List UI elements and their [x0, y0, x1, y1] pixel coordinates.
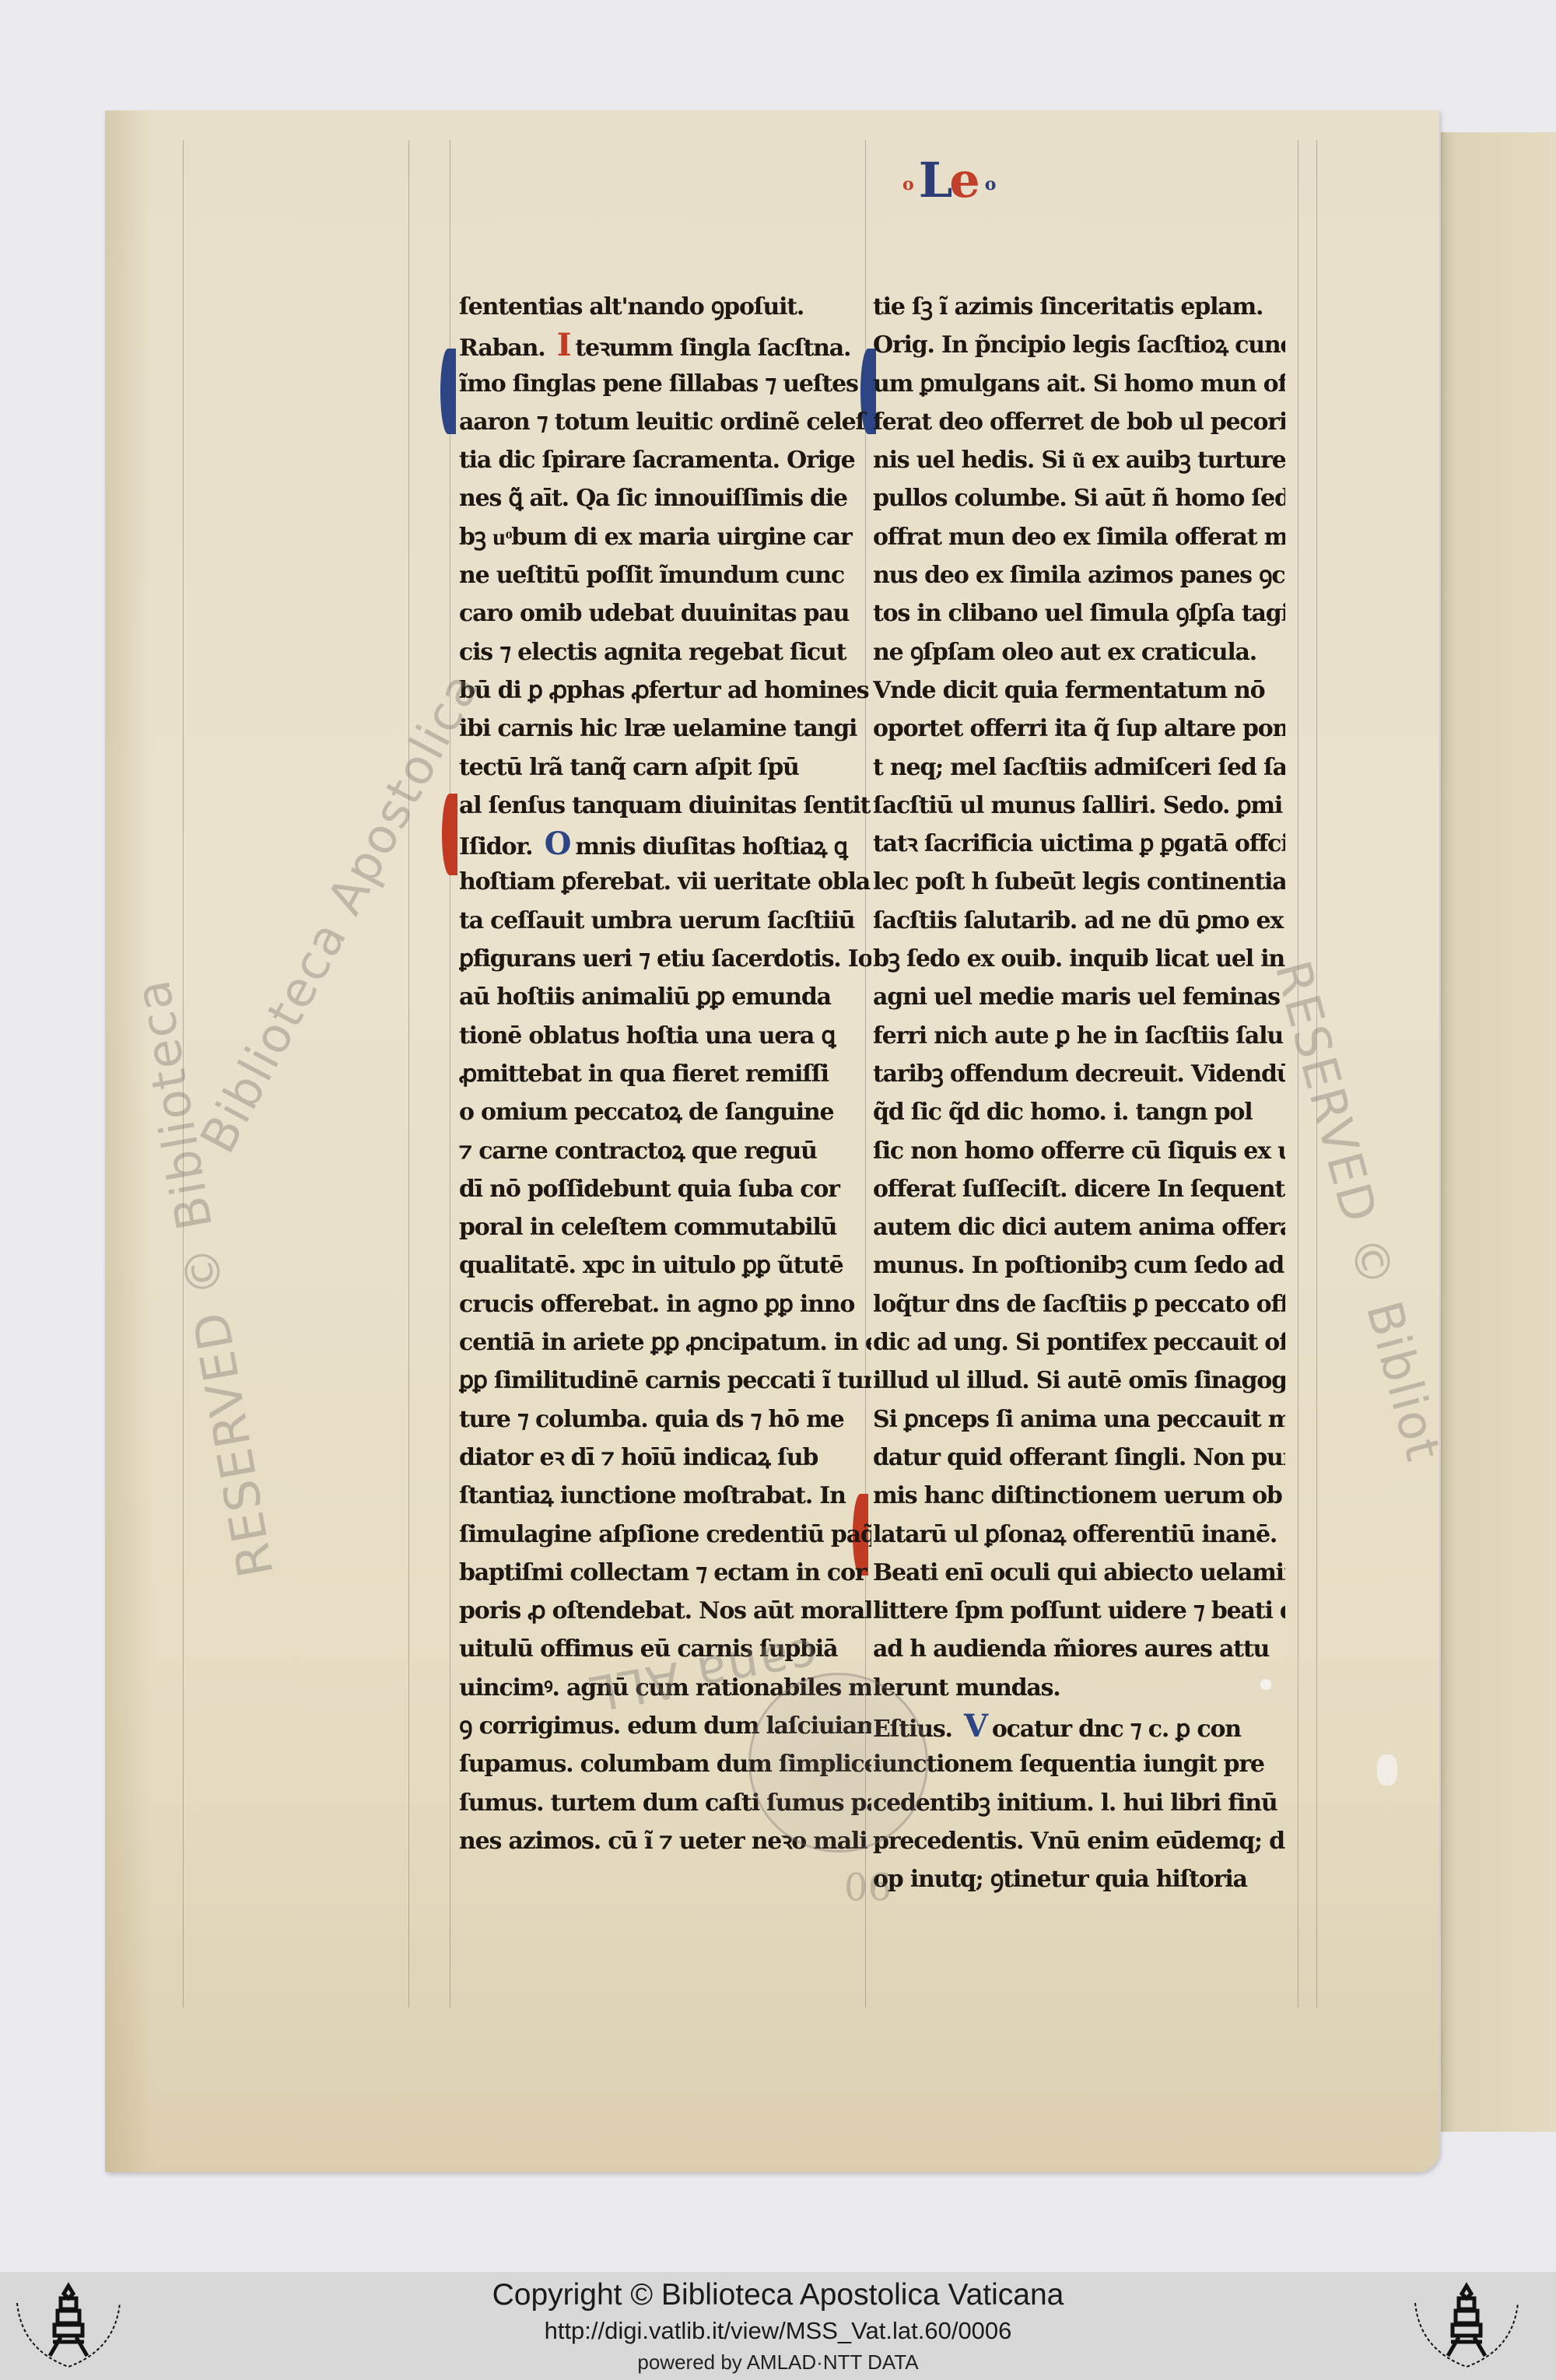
manuscript-line: ſacſtiis ſalutarib. ad ne dū ꝑmo ex bo: [873, 903, 1285, 941]
decorated-initial: O: [545, 826, 571, 862]
header-letter-blue: L: [919, 152, 950, 209]
manuscript-line: bꝫ uͦbum di ex maria uirgine car: [459, 520, 871, 558]
manuscript-line: mis hanc diſtinctionem uerum ob: [873, 1478, 1285, 1516]
manuscript-line: q̃d ſic q̃d dic homo. i. tangn pol: [873, 1095, 1285, 1133]
manuscript-line: ne ꝯſpſam oleo aut ex craticula.: [873, 635, 1285, 673]
manuscript-line: t neq; mel ſacſtiis admiſceri ſed ſale ꝯ: [873, 750, 1285, 788]
line-text: cis ⁊ electis agnita regebat ſicut: [459, 639, 846, 666]
line-text: dic ad ung. Si pontifex peccauit offrat: [873, 1329, 1285, 1356]
manuscript-line: Eſtius. Vocatur dnc ⁊ c. ꝑ con: [873, 1709, 1285, 1747]
line-text: o omium peccatoꝝ de ſanguine: [459, 1099, 833, 1126]
line-text: agni uel medie maris uel feminas of: [873, 983, 1285, 1011]
manuscript-line: offrat mun deo ex ſimila offerat mu: [873, 520, 1285, 558]
line-text: mis hanc diſtinctionem uerum ob: [873, 1482, 1282, 1509]
manuscript-line: op inutq; ꝯtinetur quia hiſtoria: [873, 1862, 1285, 1900]
line-text: t neq; mel ſacſtiis admiſceri ſed ſale ꝯ: [873, 754, 1285, 781]
line-text: diator eꝛ dī ⁊ hoīū indicaꝝ ſub: [459, 1444, 818, 1471]
manuscript-line: poral in celeſtem commutabilū: [459, 1210, 871, 1248]
blue-paraph-icon: [440, 349, 456, 434]
manuscript-line: pullos columbe. Si aūt ñ homo ſed aīa: [873, 481, 1285, 519]
manuscript-line: Raban. Iteꝛumm ſingla ſacſtna.: [459, 328, 871, 366]
manuscript-line: crucis offerebat. in agno ꝑꝑ inno: [459, 1287, 871, 1325]
line-text: tie ſꝫ ĩ azimis ſinceritatis eplam.: [873, 293, 1263, 321]
line-text: bū di ꝑ ꝓphas ꝓfertur ad homines: [459, 677, 869, 704]
manuscript-line: ſic non homo offerre cū ſiquis ex uob: [873, 1134, 1285, 1172]
red-paraph-icon: [442, 794, 457, 875]
manuscript-line: ferat deo offerret de bob ul pecorib. i.…: [873, 405, 1285, 443]
line-text: ſtantiaꝝ iunctione moſtrabat. In: [459, 1482, 846, 1509]
manuscript-line: latarū ul ꝑſonaꝝ offerentiū inanē.: [873, 1517, 1285, 1555]
manuscript-line: tionē oblatus hoſtia una uera ꝗ: [459, 1018, 871, 1057]
manuscript-line: baptiſmi collectam ⁊ ectam in cor: [459, 1555, 871, 1593]
line-text: ĩmo ſinglas pene ſillabas ⁊ ueſtes: [459, 370, 858, 398]
line-text: loq̃tur dns de ſacſtiis ꝑ peccato offerr…: [873, 1291, 1285, 1318]
line-text: offerat ſuſſeciſt. dicere In ſequentibꝫ: [873, 1176, 1285, 1203]
line-text: nis uel hedis. Si u͂ ex auibꝫ turtures u…: [873, 447, 1285, 474]
line-text: Beati enī oculi qui abiecto uelamine: [873, 1559, 1285, 1586]
manuscript-line: ꝑꝑ ſimilitudinē carnis peccati ĩ tur: [459, 1363, 871, 1401]
line-text: ⁊ carne contractoꝝ que reguū: [459, 1137, 817, 1165]
manuscript-line: nus deo ex ſimila azimos panes ꝯc: [873, 558, 1285, 596]
manuscript-line: al ſenſus tanquam diuinitas ſentit.: [459, 788, 871, 826]
manuscript-line: ad h audienda m̃iores aures attu: [873, 1632, 1285, 1670]
line-text: Vnde dicit quia fermentatum nō: [873, 677, 1264, 704]
blue-dot-icon: o: [985, 174, 994, 195]
source-url[interactable]: http://digi.vatlib.it/view/MSS_Vat.lat.6…: [0, 2317, 1556, 2345]
manuscript-line: o omium peccatoꝝ de ſanguine: [459, 1095, 871, 1133]
line-text: centiā in ariete ꝑꝑ ꝓncipatum. in edo: [459, 1329, 871, 1356]
copyright-title: Copyright © Biblioteca Apostolica Vatica…: [0, 2278, 1556, 2312]
line-text: bꝫ ſedo ex ouib. inquib licat uel in: [873, 945, 1284, 973]
line-text: ꝑfigurans ueri ⁊ etiu ſacerdotis. Io: [459, 945, 871, 973]
manuscript-line: Orig. In p̃ncipio legis ſacſtioꝝ cuncti: [873, 328, 1285, 366]
manuscript-line: ꝓmittebat in qua fieret remiſſi: [459, 1057, 871, 1095]
line-text: Si ꝑnceps ſi anima una peccauit man: [873, 1406, 1285, 1433]
adjacent-leaf: [1441, 132, 1556, 2132]
manuscript-line: illud ul illud. Si autē omīs ſinagoga.: [873, 1363, 1285, 1401]
line-text: ne ueſtitū poſſit ĩmundum cunc: [459, 562, 844, 589]
manuscript-line: Beati enī oculi qui abiecto uelamine: [873, 1555, 1285, 1593]
manuscript-line: ta ceſſauit umbra uerum ſacſtiiū: [459, 903, 871, 941]
manuscript-line: munus. In poſtionibꝫ cum ſedo ad moyſe: [873, 1248, 1285, 1286]
manuscript-line: aū hoſtiis animaliū ꝑꝑ emunda: [459, 980, 871, 1018]
line-text: oportet offerri ita q̃ ſup altare pona: [873, 715, 1285, 742]
manuscript-line: ſententias alt'nando ꝯpoſuit.: [459, 289, 871, 328]
manuscript-line: ĩmo ſinglas pene ſillabas ⁊ ueſtes: [459, 366, 871, 405]
line-text: poral in celeſtem commutabilū: [459, 1214, 836, 1241]
manuscript-line: oportet offerri ita q̃ ſup altare pona: [873, 711, 1285, 749]
manuscript-line: tie ſꝫ ĩ azimis ſinceritatis eplam.: [873, 289, 1285, 328]
manuscript-line: ibi carnis hic lræ uelamine tangi: [459, 711, 871, 749]
manuscript-line: nis uel hedis. Si u͂ ex auibꝫ turtures u…: [873, 443, 1285, 481]
line-text: tos in clibano uel ſimula ꝯſꝑſa tagi: [873, 600, 1285, 627]
line-text: ſententias alt'nando ꝯpoſuit.: [459, 293, 804, 321]
manuscript-line: qualitatē. xpc in uitulo ꝑꝑ ũtutē: [459, 1248, 871, 1286]
manuscript-line: offerat ſuſſeciſt. dicere In ſequentibꝫ: [873, 1172, 1285, 1210]
line-text: illud ul illud. Si autē omīs ſinagoga.: [873, 1367, 1285, 1394]
manuscript-line: Iſidor. Omnis diuſitas hoſtiaꝝ ꝗ: [459, 826, 871, 864]
manuscript-line: hoſtiam ꝑferebat. vii ueritate obla: [459, 864, 871, 903]
line-text: ad h audienda m̃iores aures attu: [873, 1635, 1269, 1663]
line-text: caro omib udebat duuinitas pau: [459, 600, 849, 627]
line-text: taribꝫ offendum decreuit. Videndū do: [873, 1060, 1285, 1088]
copyright-footer: Copyright © Biblioteca Apostolica Vatica…: [0, 2272, 1556, 2380]
manuscript-line: bꝫ ſedo ex ouib. inquib licat uel in: [873, 941, 1285, 980]
line-text: offrat mun deo ex ſimila offerat mu: [873, 524, 1285, 551]
red-dot-icon: o: [902, 174, 911, 195]
rubric-name: Raban.: [459, 335, 552, 362]
line-text: dī nō poſſidebunt quia ſuba cor: [459, 1176, 839, 1203]
powered-by: powered by AMLAD·NTT DATA: [0, 2350, 1556, 2375]
folio-header: oLeo: [902, 152, 993, 209]
line-text: datur quid offerant ſingli. Non pure: [873, 1444, 1285, 1471]
line-text: tia dic ſpirare ſacramenta. Orige: [459, 447, 855, 474]
line-text: ture ⁊ columba. quia ds ⁊ hō me: [459, 1406, 844, 1433]
line-text: teꝛumm ſingla ſacſtna.: [575, 335, 850, 362]
manuscript-line: ferri nich aute ꝑ he in ſacſtiis ſalu: [873, 1018, 1285, 1057]
line-text: aaron ⁊ totum leuitic ordinẽ celeſ: [459, 408, 864, 436]
line-text: ꝓmittebat in qua fieret remiſſi: [459, 1060, 829, 1088]
manuscript-line: diator eꝛ dī ⁊ hoīū indicaꝝ ſub: [459, 1440, 871, 1478]
line-text: ferat deo offerret de bob ul pecorib. i.…: [873, 408, 1285, 436]
line-text: op inutq; ꝯtinetur quia hiſtoria: [873, 1866, 1247, 1893]
line-text: cedentibꝫ initium. l. hui libri finū: [873, 1789, 1277, 1817]
line-text: ſacſtiū ul munus ſalliri. Sedo. ꝑmi: [873, 792, 1282, 819]
manuscript-line: taribꝫ offendum decreuit. Videndū do: [873, 1057, 1285, 1095]
line-text: ꝑꝑ ſimilitudinē carnis peccati ĩ tur: [459, 1367, 871, 1394]
line-text: nus deo ex ſimila azimos panes ꝯc: [873, 562, 1285, 589]
manuscript-line: ⁊ carne contractoꝝ que reguū: [459, 1134, 871, 1172]
line-text: ibi carnis hic lræ uelamine tangi: [459, 715, 857, 742]
text-column-right: tie ſꝫ ĩ azimis ſinceritatis eplam.Orig.…: [873, 289, 1285, 1900]
manuscript-line: datur quid offerant ſingli. Non pure: [873, 1440, 1285, 1478]
line-text: littere ſpm poſſunt uidere ⁊ beati qui: [873, 1597, 1285, 1625]
line-text: mnis diuſitas hoſtiaꝝ ꝗ: [575, 833, 846, 861]
manuscript-line: precedentis. Vnū enim eūdemq; diei: [873, 1824, 1285, 1862]
line-text: lerunt mundas.: [873, 1674, 1060, 1702]
library-stamp: [748, 1673, 928, 1852]
line-text: baptiſmi collectam ⁊ ectam in cor: [459, 1559, 866, 1586]
line-text: qualitatē. xpc in uitulo ꝑꝑ ũtutē: [459, 1252, 843, 1279]
rubric-name: Iſidor.: [459, 833, 540, 861]
manuscript-line: lerunt mundas.: [873, 1670, 1285, 1709]
manuscript-line: Vnde dicit quia fermentatum nō: [873, 673, 1285, 711]
manuscript-line: ꝑfigurans ueri ⁊ etiu ſacerdotis. Io: [459, 941, 871, 980]
manuscript-line: littere ſpm poſſunt uidere ⁊ beati qui: [873, 1593, 1285, 1632]
faint-numeral: 90: [844, 1863, 892, 1907]
rubric-name: Orig.: [873, 331, 941, 359]
manuscript-line: iunctionem ſequentia iungit pre: [873, 1747, 1285, 1785]
line-text: poris ꝓ oſtendebat. Nos aūt moralit: [459, 1597, 871, 1625]
line-text: tectū lrã tanq̃ carn aſpit ſpū: [459, 754, 799, 781]
ruling-line: [408, 140, 409, 2007]
manuscript-line: ſacſtiū ul munus ſalliri. Sedo. ꝑmi: [873, 788, 1285, 826]
line-text: ſacſtiis ſalutarib. ad ne dū ꝑmo ex bo: [873, 907, 1285, 934]
line-text: iunctionem ſequentia iungit pre: [873, 1751, 1264, 1778]
line-text: munus. In poſtionibꝫ cum ſedo ad moyſe: [873, 1252, 1285, 1279]
manuscript-line: ſtantiaꝝ iunctione moſtrabat. In: [459, 1478, 871, 1516]
parchment-hole: [1260, 1679, 1271, 1690]
line-text: al ſenſus tanquam diuinitas ſentit.: [459, 792, 871, 819]
manuscript-line: dī nō poſſidebunt quia ſuba cor: [459, 1172, 871, 1210]
manuscript-line: ne ueſtitū poſſit ĩmundum cunc: [459, 558, 871, 596]
manuscript-line: bū di ꝑ ꝓphas ꝓfertur ad homines: [459, 673, 871, 711]
manuscript-line: ſimulagine aſpſione credentiū paq̃: [459, 1517, 871, 1555]
header-letter-red: e: [949, 152, 976, 209]
line-text: In p̃ncipio legis ſacſtioꝝ cuncti: [941, 331, 1285, 359]
manuscript-line: lec poſt h ſubeūt legis continentia de: [873, 864, 1285, 903]
line-text: lec poſt h ſubeūt legis continentia de: [873, 868, 1285, 896]
manuscript-line: loq̃tur dns de ſacſtiis ꝑ peccato offerr…: [873, 1287, 1285, 1325]
manuscript-line: centiā in ariete ꝑꝑ ꝓncipatum. in edo: [459, 1325, 871, 1363]
line-text: ocatur dnc ⁊ c. ꝑ con: [992, 1716, 1241, 1743]
manuscript-line: ture ⁊ columba. quia ds ⁊ hō me: [459, 1402, 871, 1440]
line-text: ſimulagine aſpſione credentiū paq̃: [459, 1521, 871, 1548]
line-text: autem dic dici autem anima offerat: [873, 1214, 1285, 1241]
decorated-initial: I: [557, 328, 571, 363]
decorated-initial: V: [964, 1709, 987, 1744]
manuscript-line: tatꝛ ſacrificia uictima ꝑ ꝑgatā offciū: [873, 826, 1285, 864]
line-text: nes ꝗ̃ aīt. Qa ſic innouiſſimis die: [459, 485, 847, 512]
line-text: ſic non homo offerre cū ſiquis ex uob: [873, 1137, 1285, 1165]
line-text: tionē oblatus hoſtia una uera ꝗ: [459, 1022, 835, 1050]
manuscript-line: tectū lrã tanq̃ carn aſpit ſpū: [459, 750, 871, 788]
manuscript-line: Si ꝑnceps ſi anima una peccauit man: [873, 1402, 1285, 1440]
manuscript-line: cis ⁊ electis agnita regebat ſicut: [459, 635, 871, 673]
line-text: q̃d ſic q̃d dic homo. i. tangn pol: [873, 1099, 1252, 1126]
manuscript-line: aaron ⁊ totum leuitic ordinẽ celeſ: [459, 405, 871, 443]
parchment-hole: [1377, 1754, 1397, 1786]
line-text: ferri nich aute ꝑ he in ſacſtiis ſalu: [873, 1022, 1283, 1050]
line-text: ta ceſſauit umbra uerum ſacſtiiū: [459, 907, 854, 934]
line-text: ne ꝯſpſam oleo aut ex craticula.: [873, 639, 1256, 666]
line-text: tatꝛ ſacrificia uictima ꝑ ꝑgatā offciū: [873, 830, 1285, 857]
manuscript-line: agni uel medie maris uel feminas of: [873, 980, 1285, 1018]
manuscript-line: nes ꝗ̃ aīt. Qa ſic innouiſſimis die: [459, 481, 871, 519]
line-text: hoſtiam ꝑferebat. vii ueritate obla: [459, 868, 870, 896]
manuscript-line: dic ad ung. Si pontifex peccauit offrat: [873, 1325, 1285, 1363]
line-text: precedentis. Vnū enim eūdemq; diei: [873, 1828, 1285, 1855]
line-text: aū hoſtiis animaliū ꝑꝑ emunda: [459, 983, 831, 1011]
manuscript-line: cedentibꝫ initium. l. hui libri finū: [873, 1786, 1285, 1824]
line-text: pullos columbe. Si aūt ñ homo ſed aīa: [873, 485, 1285, 512]
line-text: bꝫ uͦbum di ex maria uirgine car: [459, 524, 852, 551]
manuscript-line: caro omib udebat duuinitas pau: [459, 596, 871, 634]
line-text: latarū ul ꝑſonaꝝ offerentiū inanē.: [873, 1521, 1277, 1548]
manuscript-line: tos in clibano uel ſimula ꝯſꝑſa tagi: [873, 596, 1285, 634]
line-text: um ꝑmulgans ait. Si homo mun of: [873, 370, 1285, 398]
line-text: crucis offerebat. in agno ꝑꝑ inno: [459, 1291, 854, 1318]
manuscript-line: tia dic ſpirare ſacramenta. Orige: [459, 443, 871, 481]
manuscript-line: um ꝑmulgans ait. Si homo mun of: [873, 366, 1285, 405]
manuscript-line: autem dic dici autem anima offerat: [873, 1210, 1285, 1248]
